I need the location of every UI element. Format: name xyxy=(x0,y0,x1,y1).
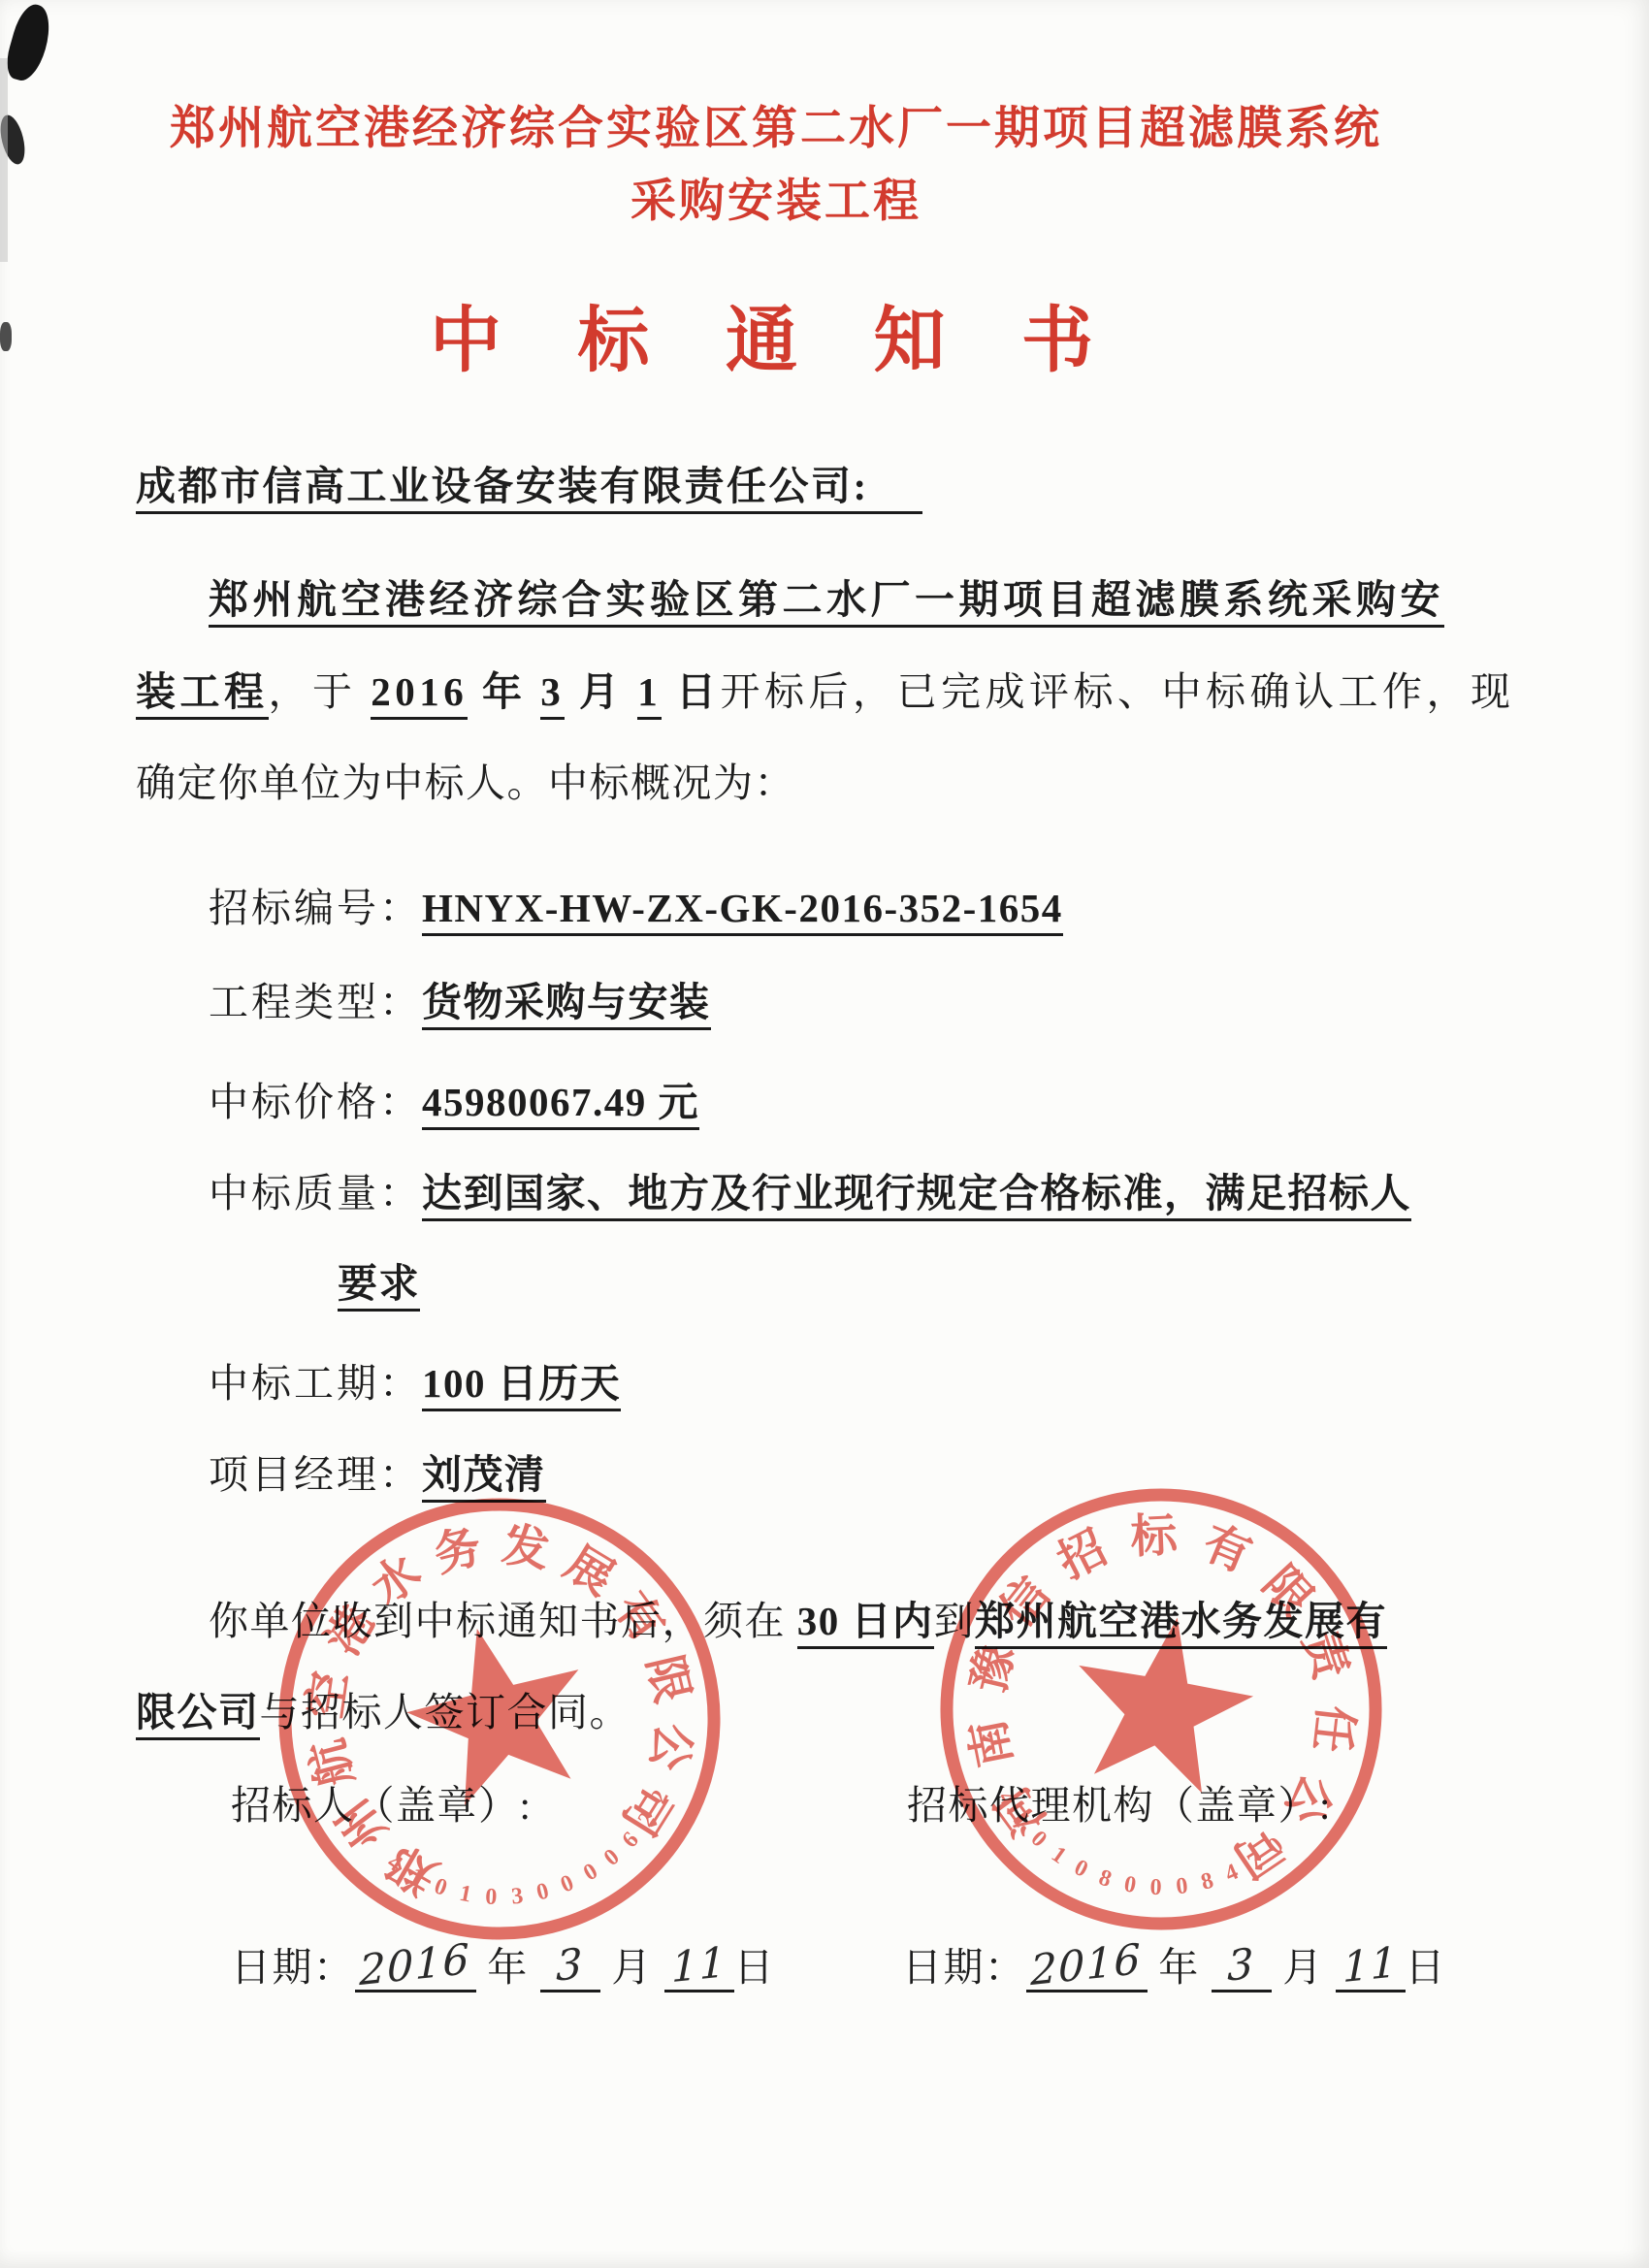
svg-text:有: 有 xyxy=(1196,1517,1259,1582)
paragraph1-line1: 郑州航空港经济综合实验区第二水厂一期项目超滤膜系统采购安 xyxy=(209,567,1444,625)
svg-text:展: 展 xyxy=(556,1538,623,1605)
svg-text:0: 0 xyxy=(1070,1855,1091,1883)
paragraph1-line3: 确定你单位为中标人。中标概况为： xyxy=(136,751,795,808)
addressee-line: 成都市信高工业设备安装有限责任公司: xyxy=(136,454,922,511)
svg-text:豫: 豫 xyxy=(963,1640,1024,1698)
handwritten-day: 11 xyxy=(671,1938,727,1993)
svg-text:有: 有 xyxy=(604,1583,673,1651)
svg-text:公: 公 xyxy=(641,1720,699,1774)
svg-text:港: 港 xyxy=(317,1598,385,1664)
svg-text:州: 州 xyxy=(328,1790,397,1858)
svg-text:信: 信 xyxy=(990,1569,1059,1637)
item-project-type: 工程类型：货物采购与安装 xyxy=(209,970,711,1027)
item-bid-number: 招标编号：HNYX-HW-ZX-GK-2016-352-1654 xyxy=(209,876,1063,933)
date-month-field: 3 xyxy=(540,1941,600,1993)
bid-open-year: 2016 xyxy=(371,669,468,720)
svg-text:公: 公 xyxy=(1275,1766,1342,1832)
svg-text:航: 航 xyxy=(302,1733,363,1792)
project-name-part2: 装工程 xyxy=(136,669,269,720)
bid-price-value: 45980067.49 元 xyxy=(422,1080,699,1130)
svg-text:3: 3 xyxy=(510,1884,525,1910)
svg-text:0: 0 xyxy=(599,1844,625,1871)
scan-artifact xyxy=(0,58,8,262)
svg-text:1: 1 xyxy=(1047,1842,1071,1869)
scanned-document-page: 郑州航空港经济综合实验区第二水厂一期项目超滤膜系统 采购安装工程 中 标 通 知… xyxy=(0,0,1649,2268)
svg-text:8: 8 xyxy=(1198,1868,1215,1895)
bid-open-month: 3 xyxy=(540,669,565,720)
svg-text:1: 1 xyxy=(458,1881,474,1908)
scan-artifact xyxy=(0,322,12,351)
project-name-part1: 郑州航空港经济综合实验区第二水厂一期项目超滤膜系统采购安 xyxy=(209,577,1444,628)
svg-text:0: 0 xyxy=(557,1870,577,1898)
project-type-label: 工程类型： xyxy=(209,980,422,1024)
bid-number-label: 招标编号： xyxy=(209,886,422,930)
document-heading: 中 标 通 知 书 xyxy=(116,283,1436,386)
svg-text:南: 南 xyxy=(962,1715,1021,1770)
svg-text:空: 空 xyxy=(300,1669,357,1722)
bid-open-day: 1 xyxy=(637,669,662,720)
svg-text:务: 务 xyxy=(429,1521,486,1582)
svg-text:0: 0 xyxy=(485,1885,498,1911)
paragraph1-line2: 装工程，于 2016 年 3 月 1 日开标后，已完成评标、中标确认工作，现 xyxy=(136,660,1515,717)
bid-number-value: HNYX-HW-ZX-GK-2016-352-1654 xyxy=(422,886,1063,936)
year-char: 年 xyxy=(1158,1945,1200,1990)
handwritten-year: 2016 xyxy=(1031,1935,1143,1995)
day-char: 日 xyxy=(734,1945,776,1990)
svg-text:0: 0 xyxy=(579,1859,602,1886)
sign-deadline: 30 日内 xyxy=(797,1599,934,1649)
bid-quality-value2: 要求 xyxy=(338,1261,420,1312)
bid-duration-value: 100 日历天 xyxy=(422,1361,621,1411)
tenderee-company-part2: 限公司 xyxy=(136,1690,260,1740)
svg-text:招: 招 xyxy=(1050,1522,1115,1589)
svg-text:0: 0 xyxy=(534,1878,552,1905)
agency-company-round-stamp: 河南豫信招标有限责任公司4101080008470 xyxy=(891,1440,1431,1979)
project-title-line1: 郑州航空港经济综合实验区第二水厂一期项目超滤膜系统 xyxy=(116,92,1436,157)
bid-price-label: 中标价格： xyxy=(209,1080,422,1124)
project-manager-label: 项目经理： xyxy=(209,1452,422,1497)
svg-text:责: 责 xyxy=(1293,1625,1357,1688)
item-bid-quality: 中标质量：达到国家、地方及行业现行规定合格标准，满足招标人 xyxy=(209,1161,1411,1218)
svg-text:8: 8 xyxy=(1095,1864,1115,1892)
date-year-field: 2016 xyxy=(1026,1941,1148,1993)
date-label: 日期： xyxy=(902,1945,1026,1990)
bid-quality-label: 中标质量： xyxy=(209,1171,422,1215)
svg-text:任: 任 xyxy=(1305,1702,1361,1755)
svg-text:0: 0 xyxy=(1149,1875,1162,1900)
bidder-company-round-stamp: 郑州航空港水务发展有限公司4101030000622 xyxy=(217,1437,782,2001)
bid-duration-label: 中标工期： xyxy=(209,1361,422,1406)
body-text: ，于 xyxy=(269,669,372,714)
day-char: 日 xyxy=(662,669,720,714)
svg-text:0: 0 xyxy=(1122,1871,1138,1898)
svg-text:限: 限 xyxy=(1253,1557,1323,1626)
addressee-company: 成都市信高工业设备安装有限责任公司: xyxy=(136,464,922,514)
item-bid-price: 中标价格：45980067.49 元 xyxy=(209,1070,699,1127)
month-char: 月 xyxy=(565,669,637,714)
month-char: 月 xyxy=(611,1945,653,1990)
svg-text:发: 发 xyxy=(499,1519,552,1577)
svg-text:标: 标 xyxy=(1129,1510,1180,1564)
body-text: 开标后，已完成评标、中标确认工作，现 xyxy=(721,669,1515,714)
project-type-value: 货物采购与安装 xyxy=(422,980,711,1030)
svg-text:水: 水 xyxy=(363,1546,431,1615)
svg-text:限: 限 xyxy=(637,1651,698,1708)
project-title-line2: 采购安装工程 xyxy=(116,165,1436,230)
item-bid-quality-line2: 要求 xyxy=(338,1251,420,1309)
svg-text:0: 0 xyxy=(1175,1873,1189,1899)
item-bid-duration: 中标工期：100 日历天 xyxy=(209,1351,621,1409)
bid-quality-value: 达到国家、地方及行业现行规定合格标准，满足招标人 xyxy=(422,1171,1411,1221)
year-char: 年 xyxy=(468,669,540,714)
handwritten-month: 3 xyxy=(556,1939,584,1991)
day-char: 日 xyxy=(1406,1945,1447,1990)
date-day-field: 11 xyxy=(664,1941,734,1993)
scan-artifact xyxy=(2,1,57,85)
